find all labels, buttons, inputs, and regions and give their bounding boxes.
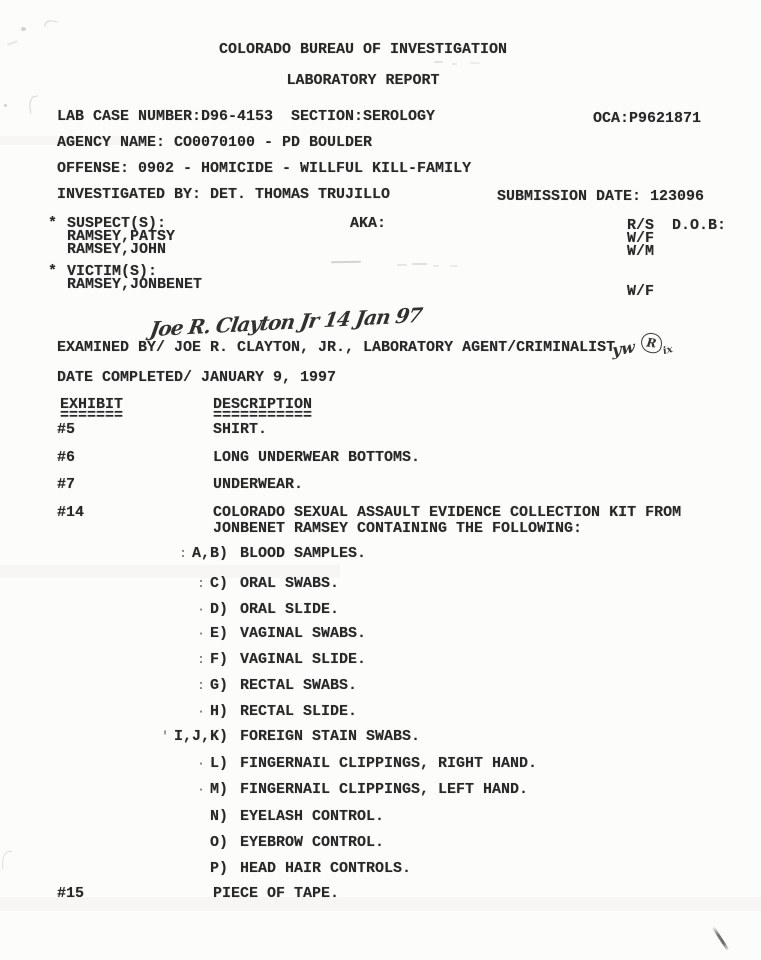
exhibit-number: #7 — [57, 477, 75, 492]
suspect-name: RAMSEY,JOHN — [67, 242, 166, 257]
pen-tick-mark: : — [197, 652, 210, 667]
kit-item-row: ·M) FINGERNAIL CLIPPINGS, LEFT HAND. — [0, 781, 761, 797]
pen-tick-mark: · — [197, 602, 210, 617]
kit-item-label: :C) — [146, 575, 228, 592]
suspects-marker: * — [48, 216, 57, 231]
scan-artifact — [331, 261, 361, 264]
examiner-signature-handwriting: Joe R. Clayton Jr 14 Jan 97 — [148, 303, 423, 341]
scan-artifact — [21, 27, 26, 31]
kit-item-row: ·D) ORAL SLIDE. — [0, 601, 761, 617]
submission-date: SUBMISSION DATE: 123096 — [497, 189, 704, 204]
exhibit-description: PIECE OF TAPE. — [213, 886, 339, 901]
document-title: COLORADO BUREAU OF INVESTIGATION — [0, 42, 726, 57]
kit-item-row: P) HEAD HAIR CONTROLS. — [0, 860, 761, 876]
scan-artifact — [452, 63, 457, 65]
victim-race-sex: W/F — [627, 284, 654, 299]
victim-name: RAMSEY,JONBENET — [67, 277, 202, 292]
scan-artifact — [434, 61, 443, 63]
victims-marker: * — [48, 264, 57, 279]
kit-item-text: HEAD HAIR CONTROLS. — [240, 860, 411, 877]
kit-item-label: ·H) — [146, 703, 228, 720]
kit-item-text: RECTAL SLIDE. — [240, 703, 357, 720]
examined-by-line: EXAMINED BY/ JOE R. CLAYTON, JR., LABORA… — [57, 340, 615, 355]
scan-artifact — [433, 265, 439, 267]
kit-item-text: RECTAL SWABS. — [240, 677, 357, 694]
kit-item-text: ORAL SWABS. — [240, 575, 339, 592]
kit-item-text: ORAL SLIDE. — [240, 601, 339, 618]
pen-tick-mark: : — [197, 678, 210, 693]
scan-artifact — [4, 104, 7, 107]
kit-item-row: O) EYEBROW CONTROL. — [0, 834, 761, 850]
kit-item-label: ·E) — [146, 625, 228, 642]
kit-item-label: ·D) — [146, 601, 228, 618]
kit-item-row: :G) RECTAL SWABS. — [0, 677, 761, 693]
exhibit-number: #5 — [57, 422, 75, 437]
suspect-race-sex: W/M — [627, 244, 654, 259]
scan-artifact — [412, 263, 427, 265]
kit-item-text: FINGERNAIL CLIPPINGS, LEFT HAND. — [240, 781, 528, 798]
kit-item-row: :F) VAGINAL SLIDE. — [0, 651, 761, 667]
investigated-by: INVESTIGATED BY: DET. THOMAS TRUJILLO — [57, 187, 390, 202]
kit-item-text: EYEBROW CONTROL. — [240, 834, 384, 851]
kit-item-row: ·L) FINGERNAIL CLIPPINGS, RIGHT HAND. — [0, 755, 761, 771]
scan-band — [0, 897, 761, 911]
kit-item-label: ·M) — [146, 781, 228, 798]
pen-tick-mark: · — [197, 626, 210, 641]
kit-item-text: FINGERNAIL CLIPPINGS, RIGHT HAND. — [240, 755, 537, 772]
kit-item-label: :F) — [146, 651, 228, 668]
scan-artifact — [44, 19, 58, 30]
scan-artifact — [470, 62, 480, 64]
lab-report-page: COLORADO BUREAU OF INVESTIGATION LABORAT… — [0, 0, 761, 960]
pen-tick-mark: · — [197, 782, 210, 797]
kit-item-text: VAGINAL SWABS. — [240, 625, 366, 642]
pen-tick-mark: : — [179, 546, 192, 561]
pen-tick-mark: : — [197, 576, 210, 591]
kit-item-row: :C) ORAL SWABS. — [0, 575, 761, 591]
scan-artifact — [28, 95, 40, 113]
handwritten-initials: yw — [612, 337, 635, 360]
kit-item-row: ·E) VAGINAL SWABS. — [0, 625, 761, 641]
exhibit-number: #15 — [57, 886, 84, 901]
pen-stroke-mark — [712, 926, 729, 950]
scan-artifact — [397, 264, 407, 266]
scan-artifact — [450, 265, 458, 267]
kit-item-label: O) — [146, 834, 228, 851]
oca-number: OCA:P9621871 — [593, 111, 701, 126]
report-type-title: LABORATORY REPORT — [0, 73, 726, 88]
kit-item-row: :A,B) BLOOD SAMPLES. — [0, 545, 761, 561]
handwritten-initial-suffix: ix — [662, 344, 674, 357]
kit-item-label: N) — [146, 808, 228, 825]
exhibit-number: #14 — [57, 505, 84, 520]
exhibit-description: UNDERWEAR. — [213, 477, 303, 492]
lab-case-number: LAB CASE NUMBER:D96-4153 — [57, 109, 273, 124]
kit-item-row: ·H) RECTAL SLIDE. — [0, 703, 761, 719]
agency-name: AGENCY NAME: CO0070100 - PD BOULDER — [57, 135, 372, 150]
pen-tick-mark: · — [197, 704, 210, 719]
kit-item-text: EYELASH CONTROL. — [240, 808, 384, 825]
kit-item-text: FOREIGN STAIN SWABS. — [240, 728, 420, 745]
kit-item-label: P) — [146, 860, 228, 877]
exhibit-description: LONG UNDERWEAR BOTTOMS. — [213, 450, 420, 465]
aka-label: AKA: — [350, 216, 386, 231]
exhibit-number: #6 — [57, 450, 75, 465]
kit-item-row: 'I,J,K) FOREIGN STAIN SWABS. — [0, 728, 761, 744]
kit-item-label: :G) — [146, 677, 228, 694]
kit-item-label: :A,B) — [146, 545, 228, 562]
section-label: SECTION:SEROLOGY — [291, 109, 435, 124]
kit-item-row: N) EYELASH CONTROL. — [0, 808, 761, 824]
handwritten-circled-initial: R — [640, 332, 663, 354]
pen-tick-mark: · — [197, 756, 210, 771]
kit-item-label: 'I,J,K) — [146, 728, 228, 745]
kit-item-label: ·L) — [146, 755, 228, 772]
pen-tick-mark: ' — [161, 729, 174, 744]
kit-item-text: BLOOD SAMPLES. — [240, 545, 366, 562]
offense-line: OFFENSE: 0902 - HOMICIDE - WILLFUL KILL-… — [57, 161, 471, 176]
exhibit-description: COLORADO SEXUAL ASSAULT EVIDENCE COLLECT… — [213, 505, 692, 536]
kit-item-text: VAGINAL SLIDE. — [240, 651, 366, 668]
date-completed-line: DATE COMPLETED/ JANUARY 9, 1997 — [57, 370, 336, 385]
exhibit-description: SHIRT. — [213, 422, 267, 437]
